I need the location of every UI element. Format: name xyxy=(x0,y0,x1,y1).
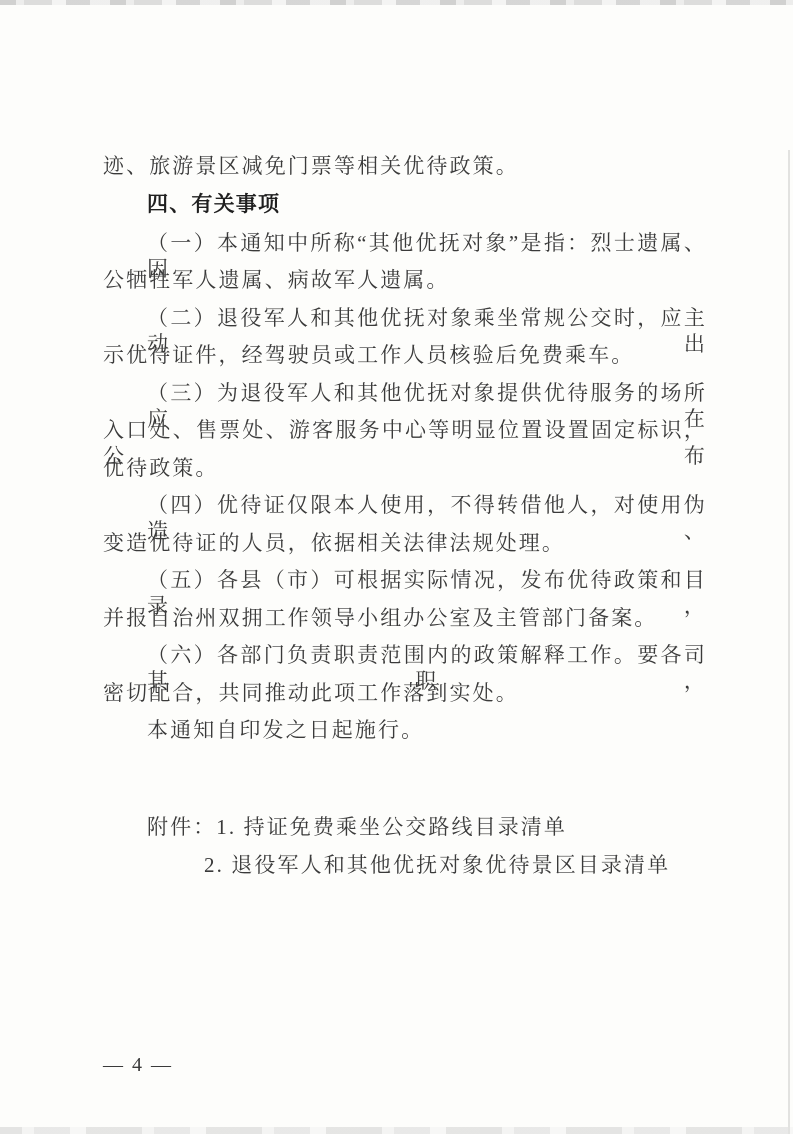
para-6-line-2: 密切配合，共同推动此项工作落到实处。 xyxy=(103,680,707,706)
scan-artifact-bottom-edge xyxy=(0,1127,793,1134)
attachment-line-1: 附件：1. 持证免费乘坐公交路线目录清单 xyxy=(147,814,707,840)
page-number: — 4 — xyxy=(103,1052,223,1078)
para-2-line-2: 示优待证件，经驾驶员或工作人员核验后免费乘车。 xyxy=(103,342,707,368)
section-heading: 四、有关事项 xyxy=(147,192,707,218)
para-3-line-3: 优待政策。 xyxy=(103,455,707,481)
continuation-line: 迹、旅游景区减免门票等相关优待政策。 xyxy=(103,153,707,179)
para-4-line-2: 变造优待证的人员，依据相关法律法规处理。 xyxy=(103,530,707,556)
closing-line: 本通知自印发之日起施行。 xyxy=(147,717,707,743)
para-1-line-2: 公牺牲军人遗属、病故军人遗属。 xyxy=(103,267,707,293)
scanned-document-page: 迹、旅游景区减免门票等相关优待政策。 四、有关事项 （一）本通知中所称“其他优抚… xyxy=(0,0,793,1134)
para-5-line-2: 并报自治州双拥工作领导小组办公室及主管部门备案。 xyxy=(103,605,707,631)
attachment-line-2: 2. 退役军人和其他优抚对象优待景区目录清单 xyxy=(204,852,724,878)
scan-artifact-right-edge xyxy=(788,150,790,1134)
scan-artifact-top-edge xyxy=(0,0,793,5)
